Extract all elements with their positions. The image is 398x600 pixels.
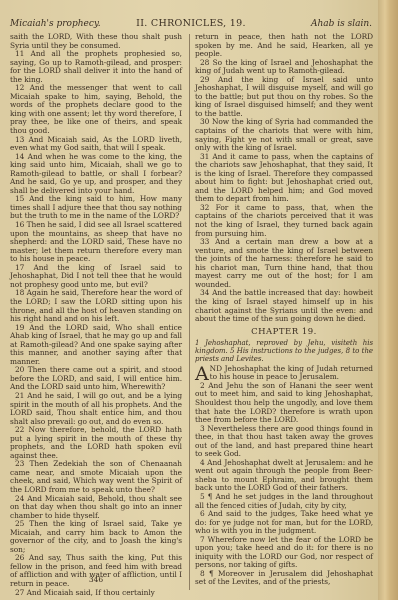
verse: 22 Now therefore, behold, the LORD hath … [10, 426, 182, 460]
verse: 8 ¶ Moreover in Jerusalem did Jehoshapha… [195, 570, 373, 587]
page-number: 346 [10, 575, 182, 584]
verse: 23 Then Zedekiah the son of Chenaanah ca… [10, 460, 182, 494]
right-column: return in peace, then hath not the LORD … [195, 33, 373, 587]
verse: 17 And the king of Israel said to Jehosh… [10, 264, 182, 290]
book-page: Micaiah's prophecy. II. CHRONICLES, 19. … [0, 0, 378, 600]
verse: saith the LORD, With these thou shalt pu… [10, 33, 182, 50]
running-header: Micaiah's prophecy. II. CHRONICLES, 19. … [10, 18, 372, 30]
verse: 15 And the king said to him, How many ti… [10, 195, 182, 221]
first-verse: AND Jehoshaphat the king of Judah return… [195, 365, 373, 382]
verse: 18 Again he said, Therefore hear the wor… [10, 289, 182, 323]
verse: 13 And Micaiah said, As the LORD liveth,… [10, 136, 182, 153]
verse: 30 Now the king of Syria had commanded t… [195, 118, 373, 152]
left-column: saith the LORD, With these thou shalt pu… [10, 33, 182, 597]
verse: 28 So the king of Israel and Jehoshaphat… [195, 59, 373, 76]
verse: 16 Then he said, I did see all Israel sc… [10, 221, 182, 264]
chapter-heading: CHAPTER 19. [195, 327, 373, 337]
verse: 20 Then there came out a spirit, and sto… [10, 366, 182, 392]
verse: 6 And said to the judges, Take heed what… [195, 510, 373, 536]
drop-cap: A [195, 366, 209, 382]
verse: 12 And the messenger that went to call M… [10, 84, 182, 135]
verse: 27 And Micaiah said, If thou certainly [10, 589, 182, 598]
chapter-summary: 1 Jehoshaphat, reproved by Jehu, visitet… [195, 339, 373, 364]
verse: 21 And he said, I will go out, and be a … [10, 392, 182, 426]
verse: 34 And the battle increased that day: ho… [195, 289, 373, 323]
page-edge [378, 0, 398, 600]
verse: 31 And it came to pass, when the captain… [195, 153, 373, 204]
verse: 7 Wherefore now let the fear of the LORD… [195, 536, 373, 570]
verse: 14 And when he was come to the king, the… [10, 153, 182, 196]
verse: 19 And the LORD said, Who shall entice A… [10, 324, 182, 367]
verse: 25 Then the king of Israel said, Take ye… [10, 520, 182, 554]
verse: 29 And the king of Israel said unto Jeho… [195, 76, 373, 119]
verse: 32 For it came to pass, that, when the c… [195, 204, 373, 238]
verse: return in peace, then hath not the LORD … [195, 33, 373, 59]
first-verse-text: ND Jehoshaphat the king of Judah returne… [210, 364, 373, 382]
verse: 24 And Micaiah said, Behold, thou shalt … [10, 495, 182, 521]
verse: 11 And all the prophets prophesied so, s… [10, 50, 182, 84]
verse: 4 And Jehoshaphat dwelt at Jerusalem: an… [195, 459, 373, 493]
column-divider [189, 34, 190, 590]
verse: 33 And a certain man drew a bow at a ven… [195, 238, 373, 289]
verse: 2 And Jehu the son of Hanani the seer we… [195, 382, 373, 425]
header-right: Ahab is slain. [311, 18, 372, 30]
verse: 3 Nevertheless there are good things fou… [195, 425, 373, 459]
verse: 5 ¶ And he set judges in the land throug… [195, 493, 373, 510]
